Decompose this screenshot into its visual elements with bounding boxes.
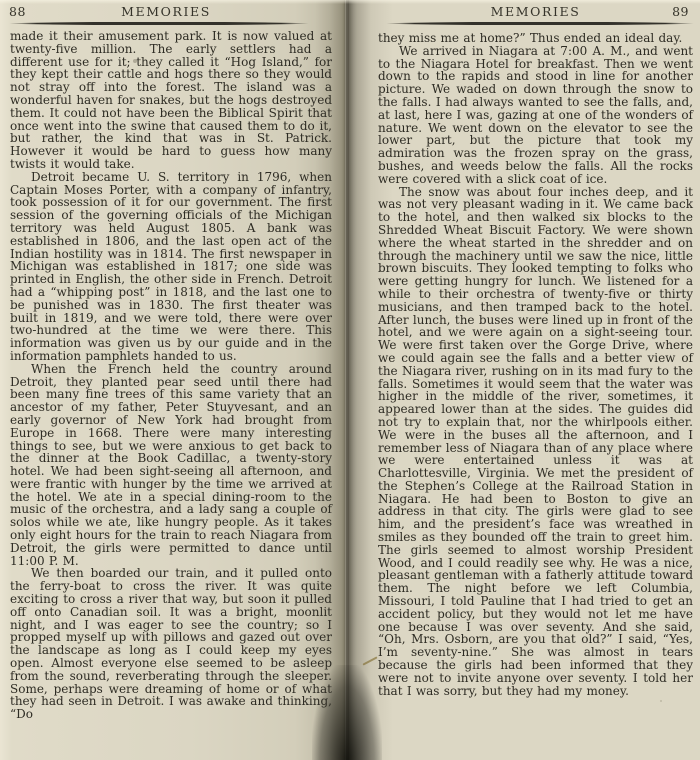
book-scan: 88 MEMORIES made it their amusement park… xyxy=(0,0,700,760)
running-header-right: MEMORIES xyxy=(378,4,693,19)
page-text-left: made it their amusement park. It is now … xyxy=(10,30,332,721)
paragraph: We arrived in Niagara at 7:00 A. M., and… xyxy=(378,45,693,186)
paragraph: Detroit became U. S. territory in 1796, … xyxy=(10,171,332,363)
binding-crease xyxy=(346,0,349,760)
paragraph: made it their amusement park. It is now … xyxy=(10,30,332,171)
paragraph: When the French held the country around … xyxy=(10,363,332,568)
paper-specks xyxy=(0,0,2,2)
running-header-left: MEMORIES xyxy=(0,4,332,19)
header-rule-right xyxy=(385,22,695,25)
paragraph: they miss me at home?” Thus ended an ide… xyxy=(378,32,693,45)
page-number-right: 89 xyxy=(672,4,689,19)
paragraph: The snow was about four inches deep, and… xyxy=(378,186,693,698)
paragraph: We then boarded our train, and it pulled… xyxy=(10,567,332,721)
header-rule-left xyxy=(8,22,310,25)
page-text-right: they miss me at home?” Thus ended an ide… xyxy=(378,32,693,697)
